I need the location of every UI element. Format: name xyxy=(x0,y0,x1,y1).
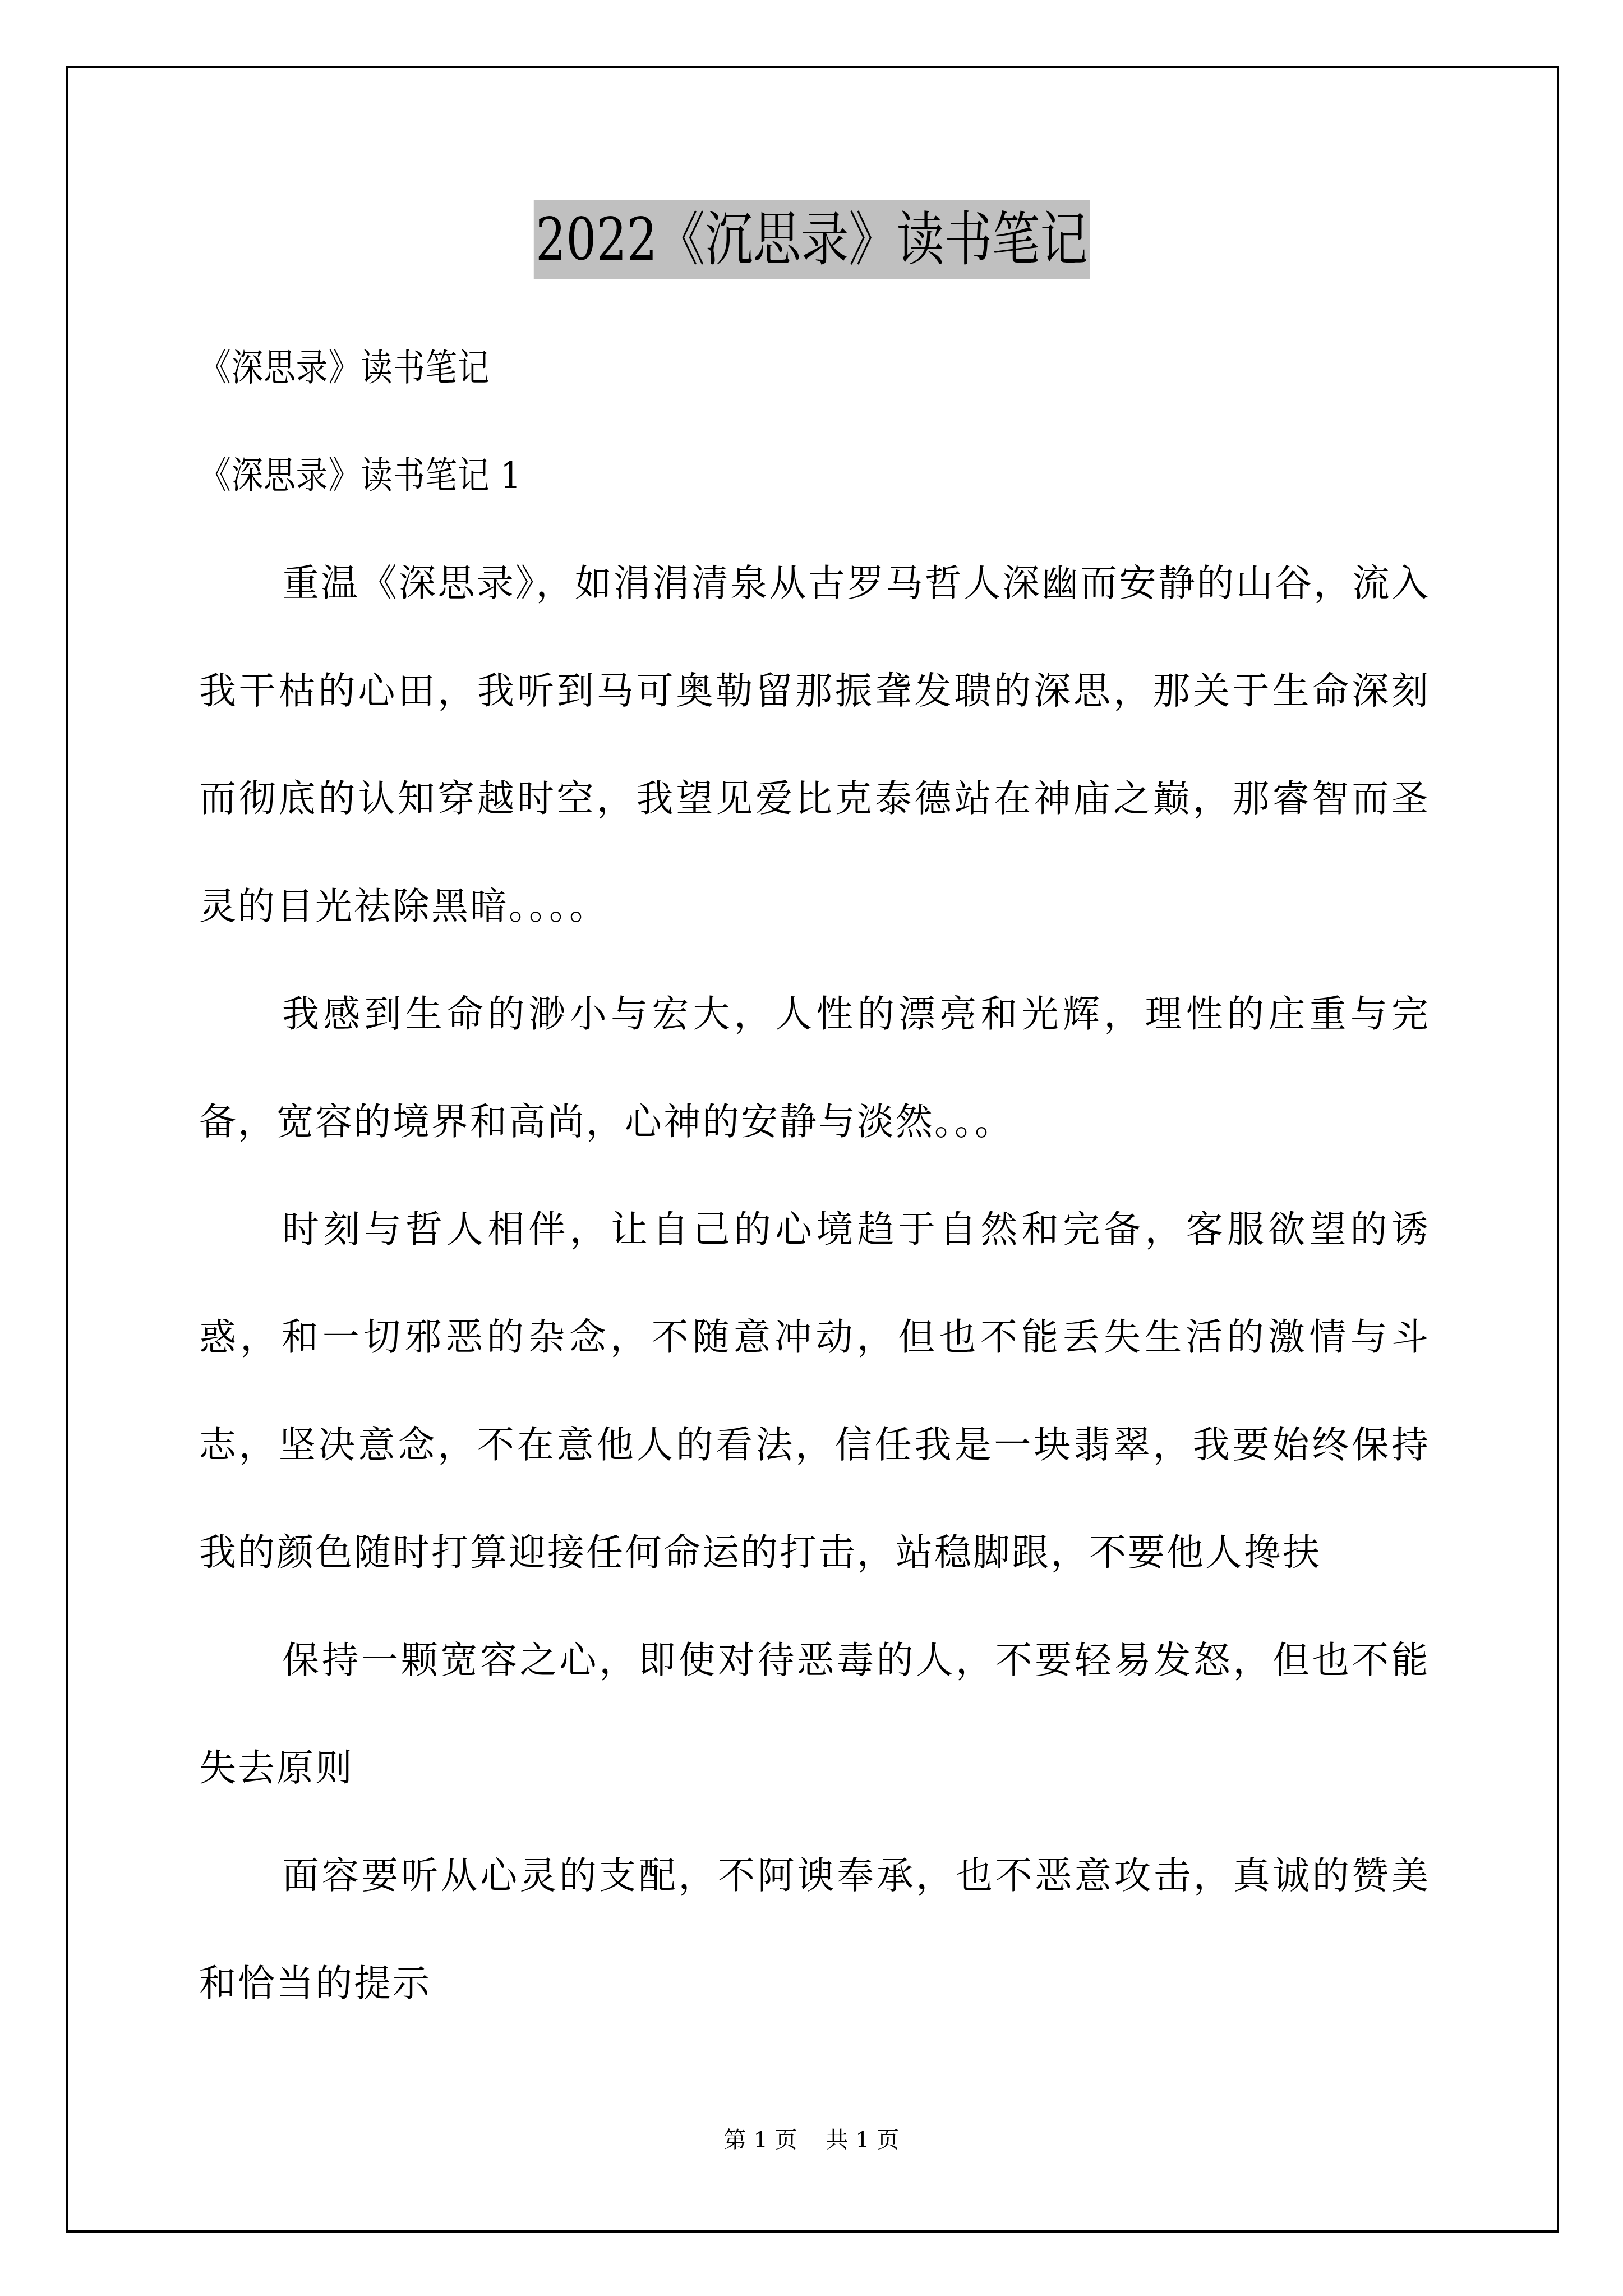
page-footer: 第 1 页 共 1 页 xyxy=(0,2123,1623,2157)
paragraph-1: 重温《深思录》，如涓涓清泉从古罗马哲人深幽而安静的山谷，流入我干枯的心田，我听到… xyxy=(199,530,1430,960)
paragraph-3: 时刻与哲人相伴，让自己的心境趋于自然和完备，客服欲望的诱惑，和一切邪恶的杂念，不… xyxy=(199,1176,1430,1607)
document-title: 2022《沉思录》读书笔记 xyxy=(533,200,1089,279)
title-container: 2022《沉思录》读书笔记 xyxy=(0,200,1623,279)
document-body: 《深思录》读书笔记 《深思录》读书笔记 1 重温《深思录》，如涓涓清泉从古罗马哲… xyxy=(199,314,1430,2037)
paragraph-4: 保持一颗宽容之心，即使对待恶毒的人，不要轻易发怒，但也不能失去原则 xyxy=(199,1607,1430,1822)
subsection-heading: 《深思录》读书笔记 1 xyxy=(199,422,1258,530)
paragraph-2: 我感到生命的渺小与宏大，人性的漂亮和光辉，理性的庄重与完备，宽容的境界和高尚，心… xyxy=(199,960,1430,1176)
section-heading: 《深思录》读书笔记 xyxy=(199,314,1258,422)
paragraph-5: 面容要听从心灵的支配，不阿谀奉承，也不恶意攻击，真诚的赞美和恰当的提示 xyxy=(199,1822,1430,2037)
